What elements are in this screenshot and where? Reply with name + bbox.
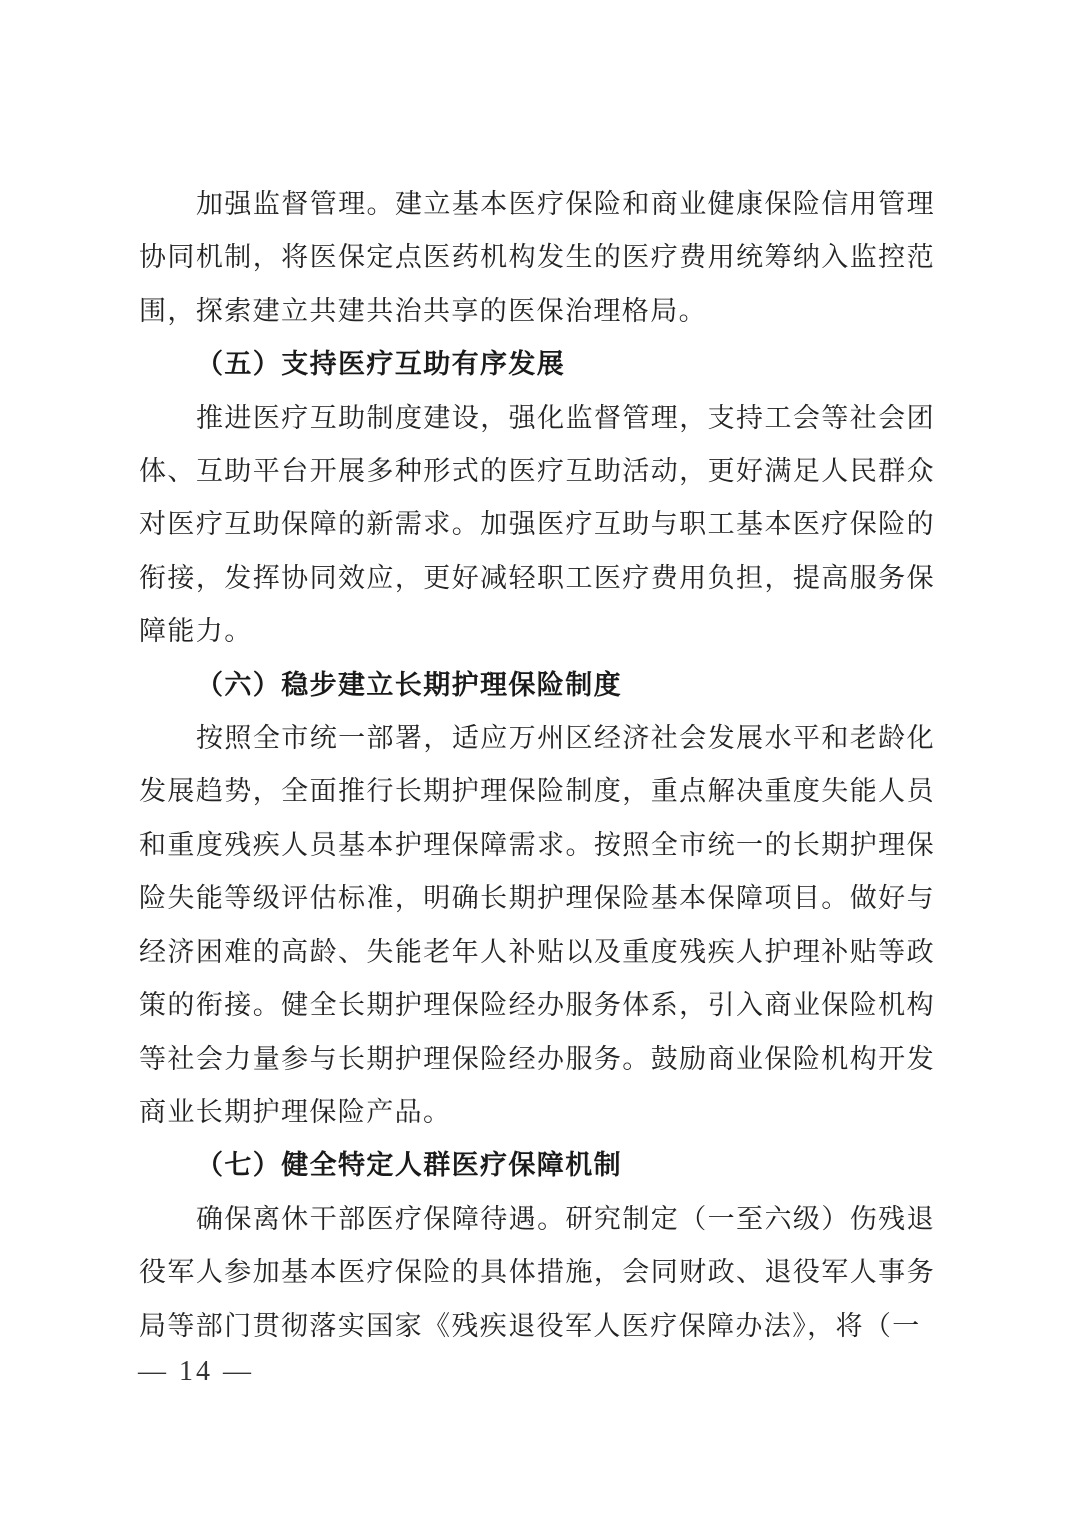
paragraph: 加强监督管理。建立基本医疗保险和商业健康保险信用管理协同机制，将医保定点医药机构… bbox=[139, 178, 935, 338]
section-heading: （五）支持医疗互助有序发展 bbox=[139, 338, 935, 391]
section-heading: （七）健全特定人群医疗保障机制 bbox=[139, 1139, 935, 1192]
document-page: 加强监督管理。建立基本医疗保险和商业健康保险信用管理协同机制，将医保定点医药机构… bbox=[0, 0, 1074, 1520]
paragraph: 推进医疗互助制度建设，强化监督管理，支持工会等社会团体、互助平台开展多种形式的医… bbox=[139, 392, 935, 659]
section-heading: （六）稳步建立长期护理保险制度 bbox=[139, 659, 935, 712]
document-body: 加强监督管理。建立基本医疗保险和商业健康保险信用管理协同机制，将医保定点医药机构… bbox=[139, 178, 935, 1353]
paragraph: 按照全市统一部署，适应万州区经济社会发展水平和老龄化发展趋势，全面推行长期护理保… bbox=[139, 712, 935, 1139]
page-number: — 14 — bbox=[138, 1351, 254, 1393]
paragraph: 确保离休干部医疗保障待遇。研究制定（一至六级）伤残退役军人参加基本医疗保险的具体… bbox=[139, 1193, 935, 1353]
